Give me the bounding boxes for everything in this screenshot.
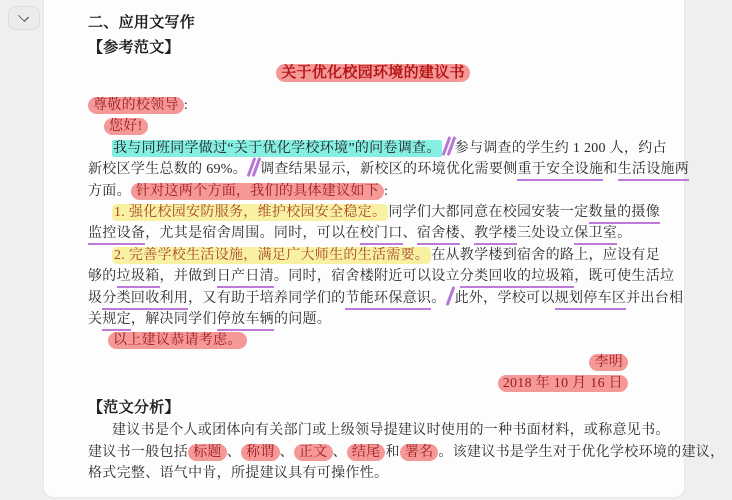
text-segment: 正文 (294, 444, 333, 461)
body-line: 我与同班同学做过“关于优化学校环境”的问卷调查。参与调查的学生约 1 200 人… (88, 138, 658, 159)
text-segment: 参与调查的学生约 1 200 人，约占 (455, 141, 667, 156)
text-segment: 。该建议书是学生对于优化学校环境的建议， (438, 445, 724, 460)
text-segment: 停放车辆 (217, 311, 274, 331)
letter-title: 关于优化校园环境的建议书 (88, 62, 658, 84)
text-segment: 日产日清 (217, 268, 274, 288)
text-segment: 方面。 (88, 184, 131, 199)
body-line: 方面。针对这两个方面，我们的具体建议如下: (88, 181, 658, 202)
text-segment: 和 (385, 445, 399, 460)
text-segment: 数量的摄像 (589, 204, 661, 224)
reference-label: 【参考范文】 (88, 36, 658, 60)
text-segment: 重于安全设施 (517, 161, 603, 181)
text-segment: 建议书是个人或团体向有关部门或上级领导提建议时使用的一种书面材料，或称意见书。 (112, 423, 670, 438)
text-segment: 在从教学楼到宿舍的路上，应设有足 (431, 248, 660, 263)
text-segment: 节能环保意识 (345, 290, 431, 310)
body-line: 够的垃圾箱，并做到日产日清。同时，宿舍楼附近可以设立分类回收的垃圾箱，既可使生活… (88, 266, 658, 287)
text-segment: 此外，学校可以 (455, 291, 555, 306)
text-segment: ，尤其是宿舍周围。同时，可以在 (145, 226, 360, 241)
text-segment: 标题 (188, 444, 227, 461)
text-segment: 调查结果显示，新校区的环境优化需要侧 (260, 162, 517, 177)
text-segment: 垃圾箱 (117, 268, 160, 288)
body-line: 关规定，解决同学们停放车辆的问题。 (88, 309, 658, 330)
text-segment: 、 (333, 445, 347, 460)
text-segment: 以上建议恭请考虑。 (108, 332, 247, 349)
text-segment: 分类回收利用 (102, 290, 188, 310)
text-segment: 建议书一般包括 (88, 445, 188, 460)
text-segment: 保卫室 (574, 225, 617, 245)
body-line: 新校区学生总数的 69%。调查结果显示，新校区的环境优化需要侧重于安全设施和生活… (88, 159, 658, 180)
proofread-slash-icon (444, 138, 453, 155)
text-segment: 规划停车区 (555, 290, 627, 310)
text-segment: 、 (280, 445, 294, 460)
text-segment: 尊敬的校领导 (88, 97, 184, 114)
text-segment: 关于优化校园环境的建议书 (276, 64, 470, 82)
text-segment: 监控设备 (88, 225, 145, 245)
text-segment: ，既可使生活垃 (574, 269, 674, 284)
text-segment: : (384, 184, 388, 199)
chevron-down-icon (18, 11, 29, 22)
text-segment: 、 (403, 226, 417, 241)
body-line: 2. 完善学校生活设施，满足广大师生的生活需要。在从教学楼到宿舍的路上，应设有足 (88, 245, 658, 266)
text-segment: 并出台相 (626, 291, 683, 306)
signature-line: 李明 (88, 352, 658, 373)
text-segment: 针对这两个方面，我们的具体建议如下 (131, 183, 384, 200)
body-line: 圾分类回收利用，又有助于培养同学们的节能环保意识。此外，学校可以规划停车区并出台… (88, 288, 658, 309)
text-segment: 2018 年 10 月 16 日 (498, 375, 628, 392)
text-segment: 您好! (104, 118, 148, 135)
text-segment: 和 (603, 162, 617, 177)
text-segment: 1. 强化校园安防服务，维护校园安全稳定。 (112, 204, 388, 221)
closing-line: 以上建议恭请考虑。 (88, 330, 658, 351)
text-segment: ，解决同学们 (131, 312, 217, 327)
document-page: 二、应用文写作【参考范文】关于优化校园环境的建议书尊敬的校领导:您好!我与同班同… (44, 0, 684, 497)
proofread-slash-icon (249, 159, 258, 176)
analysis-line: 格式完整、语气中肯，所提建议具有可操作性。 (88, 463, 658, 484)
text-segment: 。 (431, 291, 445, 306)
analysis-line: 建议书是个人或团体向有关部门或上级领导提建议时使用的一种书面材料，或称意见书。 (88, 420, 658, 441)
section-heading: 二、应用文写作 (88, 12, 658, 34)
text-segment: 【范文分析】 (88, 400, 180, 416)
text-segment: 署名 (400, 444, 439, 461)
text-segment: ，并做到 (160, 269, 217, 284)
text-segment: 新校区学生总数的 69%。 (88, 162, 247, 177)
text-segment: 分类回收的垃圾箱 (460, 268, 574, 288)
text-segment: 圾 (88, 291, 102, 306)
text-segment: 我与同班同学做过“关于优化学校环境”的问卷调查。 (112, 140, 442, 157)
text-segment: 三处设立 (517, 226, 574, 241)
proofread-slash-icon (448, 288, 453, 305)
text-segment: ，又有助于培养同学们的 (188, 291, 345, 306)
text-segment: 格式完整、语气中肯，所提建议具有可操作性。 (88, 466, 388, 481)
text-segment: 规定 (102, 311, 131, 331)
text-segment: 同学们大都同意在校园安装一定 (388, 205, 588, 220)
text-segment: : (184, 98, 188, 113)
text-segment: 【参考范文】 (88, 40, 180, 56)
analysis-label: 【范文分析】 (88, 396, 658, 420)
text-segment: 称谓 (241, 444, 280, 461)
salutation-line: 尊敬的校领导: (88, 95, 658, 116)
text-segment: 。 (617, 226, 631, 241)
text-segment: 宿舍楼 (417, 225, 460, 245)
body-line: 1. 强化校园安防服务，维护校园安全稳定。同学们大都同意在校园安装一定数量的摄像 (88, 202, 658, 223)
body-line: 监控设备，尤其是宿舍周围。同时，可以在校门口、宿舍楼、教学楼三处设立保卫室。 (88, 223, 658, 244)
analysis-line: 建议书一般包括标题、称谓、正文、结尾和署名。该建议书是学生对于优化学校环境的建议… (88, 442, 658, 463)
text-segment: 。同时，宿舍楼附近可以设立 (274, 269, 460, 284)
text-segment: 结尾 (347, 444, 386, 461)
text-segment: 李明 (589, 354, 628, 371)
text-segment: 的问题。 (274, 312, 331, 327)
text-segment: 、 (460, 226, 474, 241)
text-segment: 够的 (88, 269, 117, 284)
text-segment: 校门口 (360, 225, 403, 245)
text-segment: 、 (227, 445, 241, 460)
text-segment: 关 (88, 312, 102, 327)
text-segment: 二、应用文写作 (88, 14, 195, 31)
text-segment: 教学楼 (474, 225, 517, 245)
document-content: 二、应用文写作【参考范文】关于优化校园环境的建议书尊敬的校领导:您好!我与同班同… (44, 0, 684, 497)
text-segment: 生活设施两 (618, 161, 690, 181)
greeting-line: 您好! (88, 116, 658, 137)
date-line: 2018 年 10 月 16 日 (88, 373, 658, 394)
text-segment: 2. 完善学校生活设施，满足广大师生的生活需要。 (112, 247, 431, 264)
collapse-button[interactable] (8, 6, 40, 30)
